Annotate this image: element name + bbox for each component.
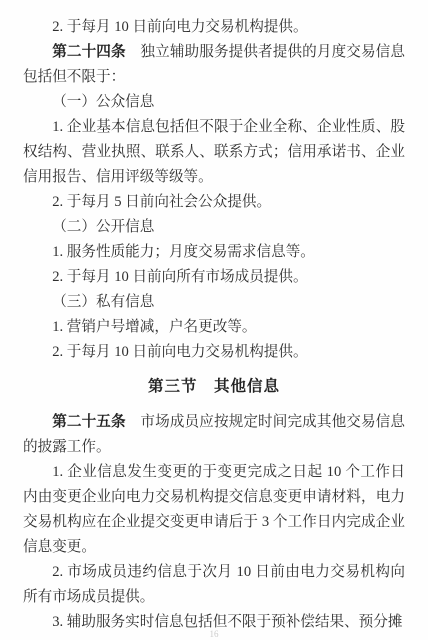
paragraph: （一）公众信息 bbox=[23, 90, 405, 115]
paragraph: 第二十四条 独立辅助服务提供者提供的月度交易信息包括但不限于： bbox=[23, 40, 405, 90]
paragraph: 1. 服务性质能力；月度交易需求信息等。 bbox=[23, 240, 405, 265]
paragraph: 2. 于每月 10 日前向电力交易机构提供。 bbox=[23, 340, 405, 365]
document-page: 2. 于每月 10 日前向电力交易机构提供。第二十四条 独立辅助服务提供者提供的… bbox=[0, 0, 428, 640]
text-run: 2. 市场成员违约信息于次月 10 日前由电力交易机构向所有市场成员提供。 bbox=[23, 564, 405, 605]
text-run: 1. 企业基本信息包括但不限于企业全称、企业性质、股权结构、营业执照、联系人、联… bbox=[23, 119, 405, 185]
paragraph: （二）公开信息 bbox=[23, 215, 405, 240]
text-run: 1. 服务性质能力；月度交易需求信息等。 bbox=[52, 244, 315, 260]
bold-term: 第二十四条 bbox=[52, 44, 126, 60]
paragraph: 1. 企业信息发生变更的于变更完成之日起 10 个工作日内由变更企业向电力交易机… bbox=[23, 460, 405, 560]
paragraph: 2. 于每月 10 日前向电力交易机构提供。 bbox=[23, 15, 405, 40]
text-run: 2. 于每月 10 日前向所有市场成员提供。 bbox=[52, 269, 307, 285]
bold-term: 第二十五条 bbox=[52, 414, 126, 430]
document-body: 2. 于每月 10 日前向电力交易机构提供。第二十四条 独立辅助服务提供者提供的… bbox=[23, 15, 405, 635]
paragraph: 2. 于每月 5 日前向社会公众提供。 bbox=[23, 190, 405, 215]
text-run: 2. 于每月 5 日前向社会公众提供。 bbox=[52, 194, 271, 210]
text-run: 2. 于每月 10 日前向电力交易机构提供。 bbox=[52, 19, 307, 35]
text-run: 3. 辅助服务实时信息包括但不限于预补偿结果、预分摊 bbox=[52, 614, 402, 630]
bold-term: 第三节 其他信息 bbox=[148, 378, 280, 395]
paragraph: 第二十五条 市场成员应按规定时间完成其他交易信息的披露工作。 bbox=[23, 410, 405, 460]
paragraph: （三）私有信息 bbox=[23, 290, 405, 315]
paragraph: 2. 市场成员违约信息于次月 10 日前由电力交易机构向所有市场成员提供。 bbox=[23, 560, 405, 610]
paragraph: 1. 营销户号增减，户名更改等。 bbox=[23, 315, 405, 340]
page-number: 16 bbox=[0, 630, 428, 639]
text-run: （一）公众信息 bbox=[52, 94, 154, 110]
text-run: （二）公开信息 bbox=[52, 219, 154, 235]
text-run: 1. 企业信息发生变更的于变更完成之日起 10 个工作日内由变更企业向电力交易机… bbox=[23, 464, 405, 555]
text-run: （三）私有信息 bbox=[52, 294, 154, 310]
paragraph: 2. 于每月 10 日前向所有市场成员提供。 bbox=[23, 265, 405, 290]
paragraph: 1. 企业基本信息包括但不限于企业全称、企业性质、股权结构、营业执照、联系人、联… bbox=[23, 115, 405, 190]
text-run: 1. 营销户号增减，户名更改等。 bbox=[52, 319, 256, 335]
section-heading: 第三节 其他信息 bbox=[23, 374, 405, 399]
text-run: 2. 于每月 10 日前向电力交易机构提供。 bbox=[52, 344, 307, 360]
